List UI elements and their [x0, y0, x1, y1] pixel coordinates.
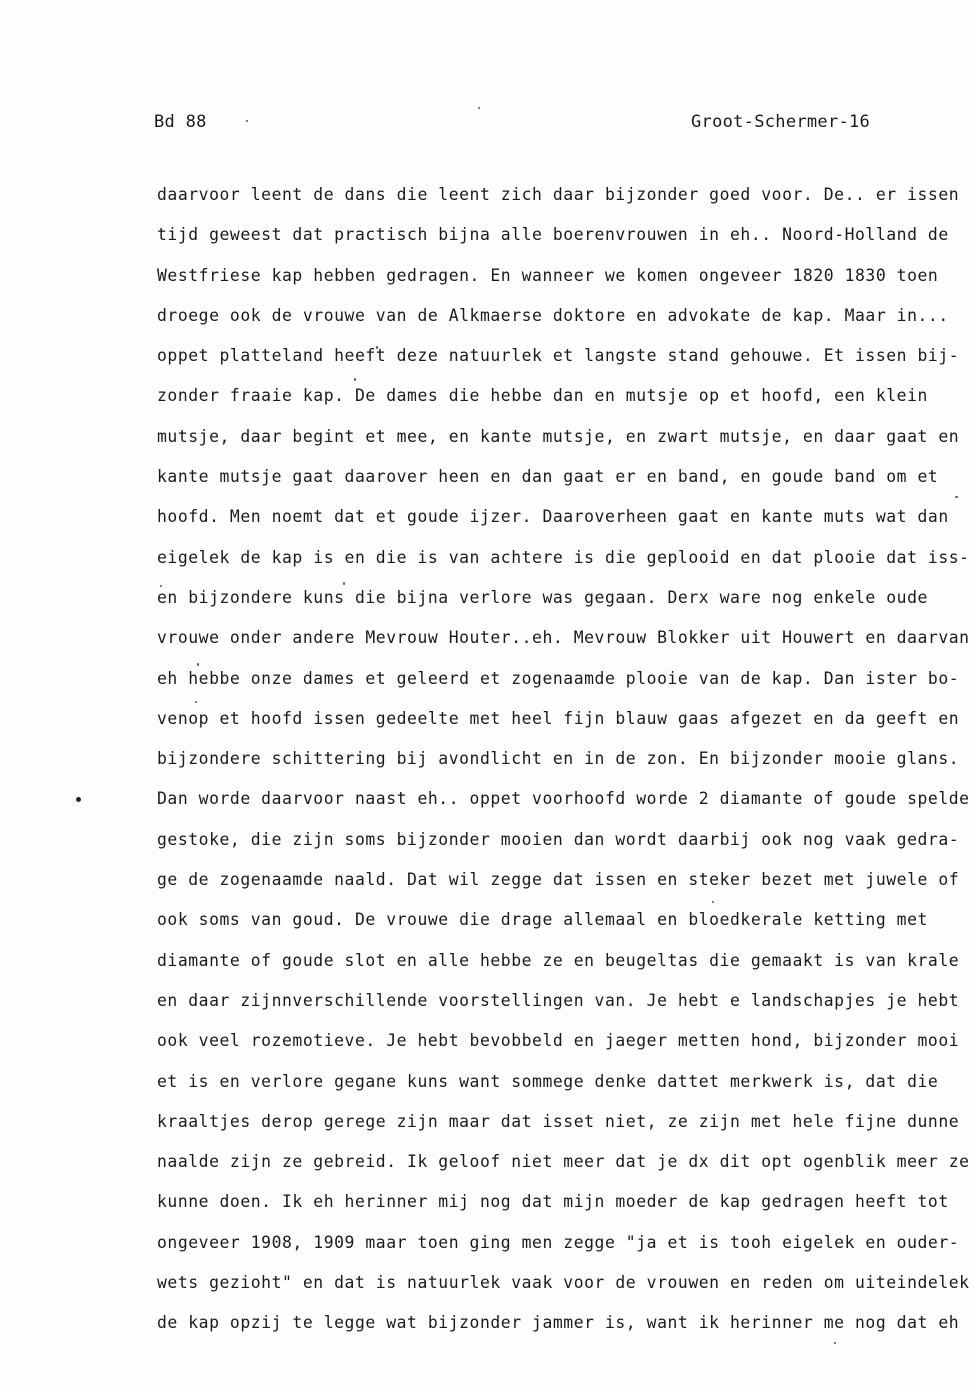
text-line: eigelek de kap is en die is van achtere …	[157, 546, 973, 586]
margin-mark	[76, 797, 81, 802]
text-line: et is en verlore gegane kuns want sommeg…	[157, 1070, 973, 1110]
text-line: kunne doen. Ik eh herinner mij nog dat m…	[157, 1190, 973, 1230]
text-line: oppet platteland heeft deze natuurlek et…	[157, 344, 973, 384]
scan-speck	[246, 120, 248, 122]
text-line: ongeveer 1908, 1909 maar toen ging men z…	[157, 1231, 973, 1271]
text-line: ge de zogenaamde naald. Dat wil zegge da…	[157, 868, 973, 908]
text-line: wets gezioht" en dat is natuurlek vaak v…	[157, 1271, 973, 1311]
text-line: kraaltjes derop gerege zijn maar dat iss…	[157, 1110, 973, 1150]
document-id: Groot-Schermer-16	[691, 112, 870, 132]
text-line: de kap opzij te legge wat bijzonder jamm…	[157, 1311, 973, 1351]
text-line: tijd geweest dat practisch bijna alle bo…	[157, 223, 973, 263]
text-line: en daar zijnnverschillende voorstellinge…	[157, 989, 973, 1029]
text-line: Westfriese kap hebben gedragen. En wanne…	[157, 264, 973, 304]
text-line: diamante of goude slot en alle hebbe ze …	[157, 949, 973, 989]
transcript-body: daarvoor leent de dans die leent zich da…	[157, 183, 973, 1352]
page-reference: Bd 88	[154, 112, 207, 132]
scan-speck	[478, 107, 480, 109]
text-line: Dan worde daarvoor naast eh.. oppet voor…	[157, 787, 973, 827]
text-line: venop et hoofd issen gedeelte met heel f…	[157, 707, 973, 747]
text-line: en bijzondere kuns die bijna verlore was…	[157, 586, 973, 626]
text-line: hoofd. Men noemt dat et goude ijzer. Daa…	[157, 505, 973, 545]
text-line: naalde zijn ze gebreid. Ik geloof niet m…	[157, 1150, 973, 1190]
text-line: eh hebbe onze dames et geleerd et zogena…	[157, 667, 973, 707]
text-line: ook soms van goud. De vrouwe die drage a…	[157, 908, 973, 948]
text-line: vrouwe onder andere Mevrouw Houter..eh. …	[157, 626, 973, 666]
text-line: droege ook de vrouwe van de Alkmaerse do…	[157, 304, 973, 344]
text-line: kante mutsje gaat daarover heen en dan g…	[157, 465, 973, 505]
text-line: gestoke, die zijn soms bijzonder mooien …	[157, 828, 973, 868]
typewritten-page: Bd 88 Groot-Schermer-16 daarvoor leent d…	[0, 0, 973, 1393]
text-line: daarvoor leent de dans die leent zich da…	[157, 183, 973, 223]
text-line: zonder fraaie kap. De dames die hebbe da…	[157, 384, 973, 424]
text-line: bijzondere schittering bij avondlicht en…	[157, 747, 973, 787]
text-line: mutsje, daar begint et mee, en kante mut…	[157, 425, 973, 465]
text-line: ook veel rozemotieve. Je hebt bevobbeld …	[157, 1029, 973, 1069]
